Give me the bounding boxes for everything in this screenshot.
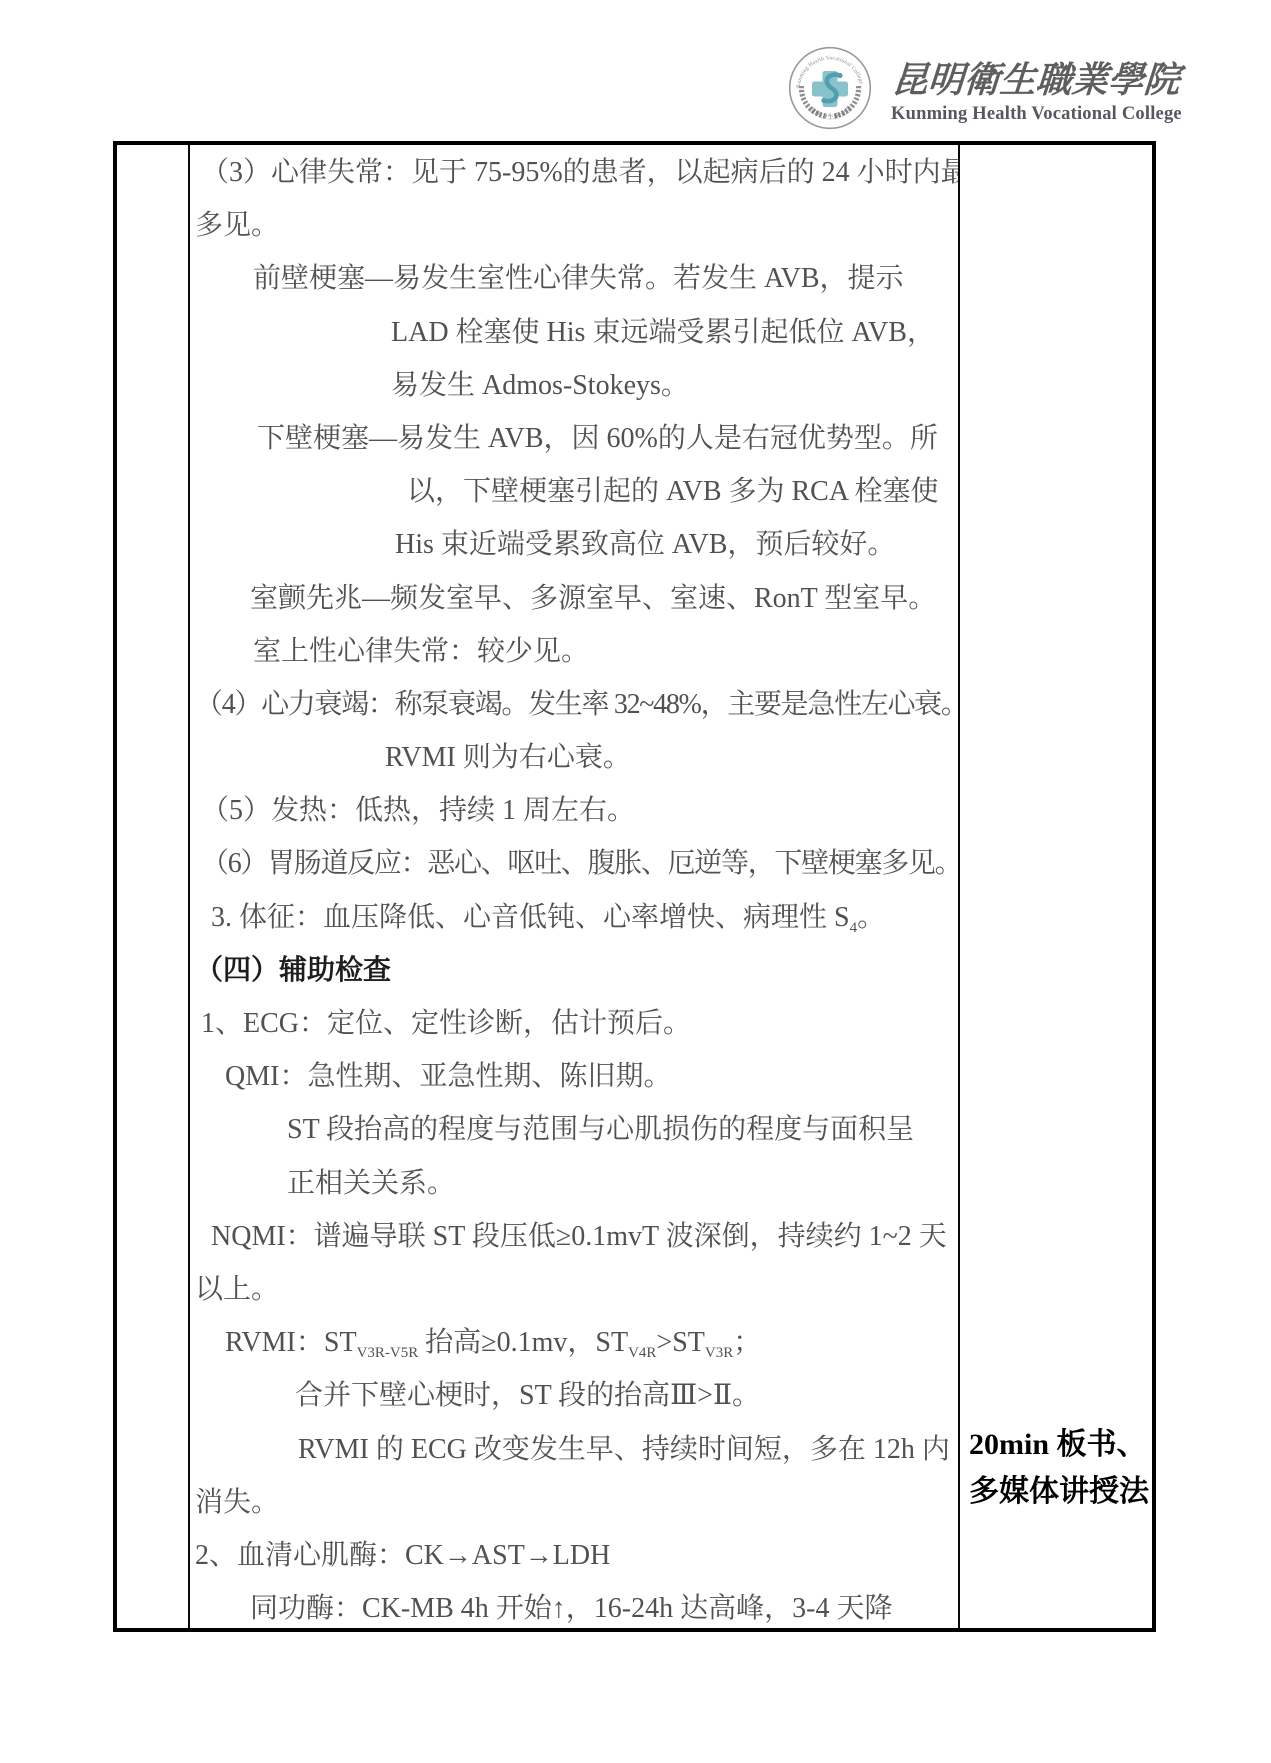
content-line: 室上性心律失常：较少见。 — [195, 625, 958, 678]
content-line: （5）发热：低热，持续 1 周左右。 — [195, 784, 958, 837]
content-line: RVMI：STV3R-V5R 抬高≥0.1mv，STV4R>STV3R； — [195, 1316, 958, 1369]
content-line: 易发生 Admos-Stokeys。 — [195, 359, 958, 412]
content-line: 3. 体征：血压降低、心音低钝、心率增快、病理性 S4。 — [195, 891, 958, 944]
content-line: RVMI 则为右心衰。 — [195, 731, 958, 784]
content-line: （6）胃肠道反应：恶心、呕吐、腹胀、厄逆等，下壁梗塞多见。 — [195, 837, 958, 890]
content-line: 同功酶：CK-MB 4h 开始↑，16-24h 达高峰，3-4 天降 — [195, 1582, 958, 1628]
method-line: 20min 板书、 — [969, 1421, 1149, 1468]
content-line: 室颤先兆—频发室早、多源室早、室速、RonT 型室早。 — [195, 572, 958, 625]
table-cell-left-margin — [117, 145, 190, 1628]
content-line: RVMI 的 ECG 改变发生早、持续时间短，多在 12h 内 — [195, 1423, 958, 1476]
content-line: 2、血清心肌酶：CK→AST→LDH — [195, 1529, 958, 1582]
content-line: NQMI：谱遍导联 ST 段压低≥0.1mvT 波深倒，持续约 1~2 天 — [195, 1210, 958, 1263]
content-line: LAD 栓塞使 His 束远端受累引起低位 AVB， — [195, 306, 958, 359]
content-line: 以，下壁梗塞引起的 AVB 多为 RCA 栓塞使 — [195, 465, 958, 518]
lesson-plan-table: （3）心律失常：见于 75-95%的患者，以起病后的 24 小时内最多见。前壁梗… — [113, 141, 1156, 1632]
college-name-zh: 昆明衛生職業學院 — [890, 52, 1194, 103]
method-line: 多媒体讲授法 — [969, 1468, 1149, 1515]
content-line: QMI：急性期、亚急性期、陈旧期。 — [195, 1050, 958, 1103]
table-cell-method: 20min 板书、 多媒体讲授法 — [960, 145, 1152, 1628]
content-line: （四）辅助检查 — [195, 944, 958, 997]
teaching-method-note: 20min 板书、 多媒体讲授法 — [969, 1421, 1149, 1515]
college-name-en: Kunming Health Vocational College — [891, 104, 1191, 125]
college-logo: Kunming Health Vocational College 昆明卫生职业… — [788, 44, 1188, 134]
content-line: 合并下壁心梗时，ST 段的抬高Ⅲ>Ⅱ。 — [195, 1369, 958, 1422]
content-line: 下壁梗塞—易发生 AVB，因 60%的人是右冠优势型。所 — [195, 412, 958, 465]
content-line: ST 段抬高的程度与范围与心肌损伤的程度与面积呈 — [195, 1103, 958, 1156]
content-line: 以上。 — [195, 1263, 958, 1316]
content-line: （4）心力衰竭：称泵衰竭。发生率 32~48%，主要是急性左心衰。 — [195, 678, 958, 731]
content-line: 1、ECG：定位、定性诊断，估计预后。 — [195, 997, 958, 1050]
table-cell-content: （3）心律失常：见于 75-95%的患者，以起病后的 24 小时内最多见。前壁梗… — [190, 145, 960, 1628]
content-line: （3）心律失常：见于 75-95%的患者，以起病后的 24 小时内最 — [195, 146, 958, 199]
content-line: 前壁梗塞—易发生室性心律失常。若发生 AVB，提示 — [195, 252, 958, 305]
content-line: 正相关关系。 — [195, 1157, 958, 1210]
content-line: His 束近端受累致高位 AVB，预后较好。 — [195, 518, 958, 571]
lecture-content: （3）心律失常：见于 75-95%的患者，以起病后的 24 小时内最多见。前壁梗… — [195, 146, 958, 1628]
content-line: 多见。 — [195, 199, 958, 252]
content-line: 消失。 — [195, 1476, 958, 1529]
college-seal-icon: Kunming Health Vocational College 昆明卫生职业… — [788, 46, 872, 130]
